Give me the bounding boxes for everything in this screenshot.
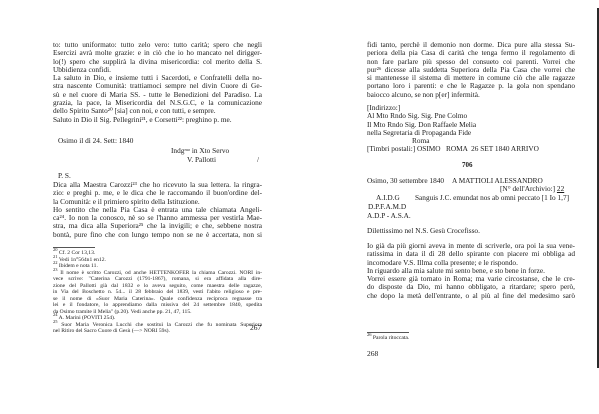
salutation: Dilettissimo nel N.S. Gesù Crocefisso.: [367, 226, 480, 235]
footnote: 25 Suor Maria Veronica Lucchi che sostit…: [53, 322, 262, 335]
motto: Sanguis J.C. emundat nos ab omni peccato…: [415, 193, 569, 202]
footnote-divider: [367, 332, 409, 333]
signature-line-1: Indgᵐᵒ in Xto Servo: [171, 146, 229, 155]
signature-name: V. Pallotti: [187, 155, 216, 164]
text-line: Saluto in Dio il Sig. Pellegrini²¹, e Co…: [53, 116, 262, 124]
right-body-text-1: fidi tanto, perchè il demonio non dorme.…: [367, 41, 575, 99]
left-body-text-2: Dica alla Maestra Carozzi²³ che ho ricev…: [53, 181, 262, 239]
right-footnotes: 26 Parola ritoccata.: [367, 335, 575, 342]
place-date: Osimo, 30 settembre 1840: [367, 176, 444, 185]
footnote-divider: [53, 247, 95, 248]
adp: A.D.P - A.S.A.: [367, 211, 411, 220]
archive-number: 22: [557, 184, 564, 193]
address-block: [Indirizzo:] Al Mto Rndo Sig. Sig. Pne C…: [367, 104, 575, 154]
right-body-text-2: Io già da più giorni aveva in mente di s…: [367, 242, 575, 300]
left-footnotes: 20 Cf. 2 Cor 13,13. 21 Vedi 1n°564n1 en1…: [53, 250, 262, 335]
footnote: 26 Parola ritoccata.: [367, 335, 575, 342]
page-number: 267: [250, 323, 261, 332]
address-line: nella Segretaria di Propaganda Fide: [367, 129, 575, 137]
archive-label: [N° dell'Archivio:] 22: [500, 184, 564, 193]
date-line: Osimo il dì 24. Sett: 1840: [58, 136, 133, 145]
left-page: to: tutto uniformato: tutto zelo vero: t…: [0, 0, 300, 414]
postal-stamps: [Timbri postali:] OSIMO ROMA 26 SET 1840…: [367, 145, 575, 153]
footnote: 23 Il nome è scritto Carozzi, od anche H…: [53, 270, 262, 316]
dpfamd: D.P.F.A.M.D: [368, 202, 406, 211]
right-page: fidi tanto, perchè il demonio non dorme.…: [300, 0, 599, 414]
page-number: 268: [367, 349, 378, 358]
text-line: baiocco alcuno, se non p[er] infermità.: [367, 91, 575, 99]
text-line: che dopo la metà dell'entrante, o al più…: [367, 292, 575, 300]
left-body-text-1: to: tutto uniformato: tutto zelo vero: t…: [53, 41, 262, 124]
postscript-label: P. S.: [58, 171, 71, 180]
text-line: bontà, pure fino che con lungo tempo non…: [53, 231, 262, 239]
aidg: A.I.D.G: [376, 193, 400, 202]
letter-number: 706: [462, 161, 473, 170]
signature-mark: /: [257, 155, 259, 164]
